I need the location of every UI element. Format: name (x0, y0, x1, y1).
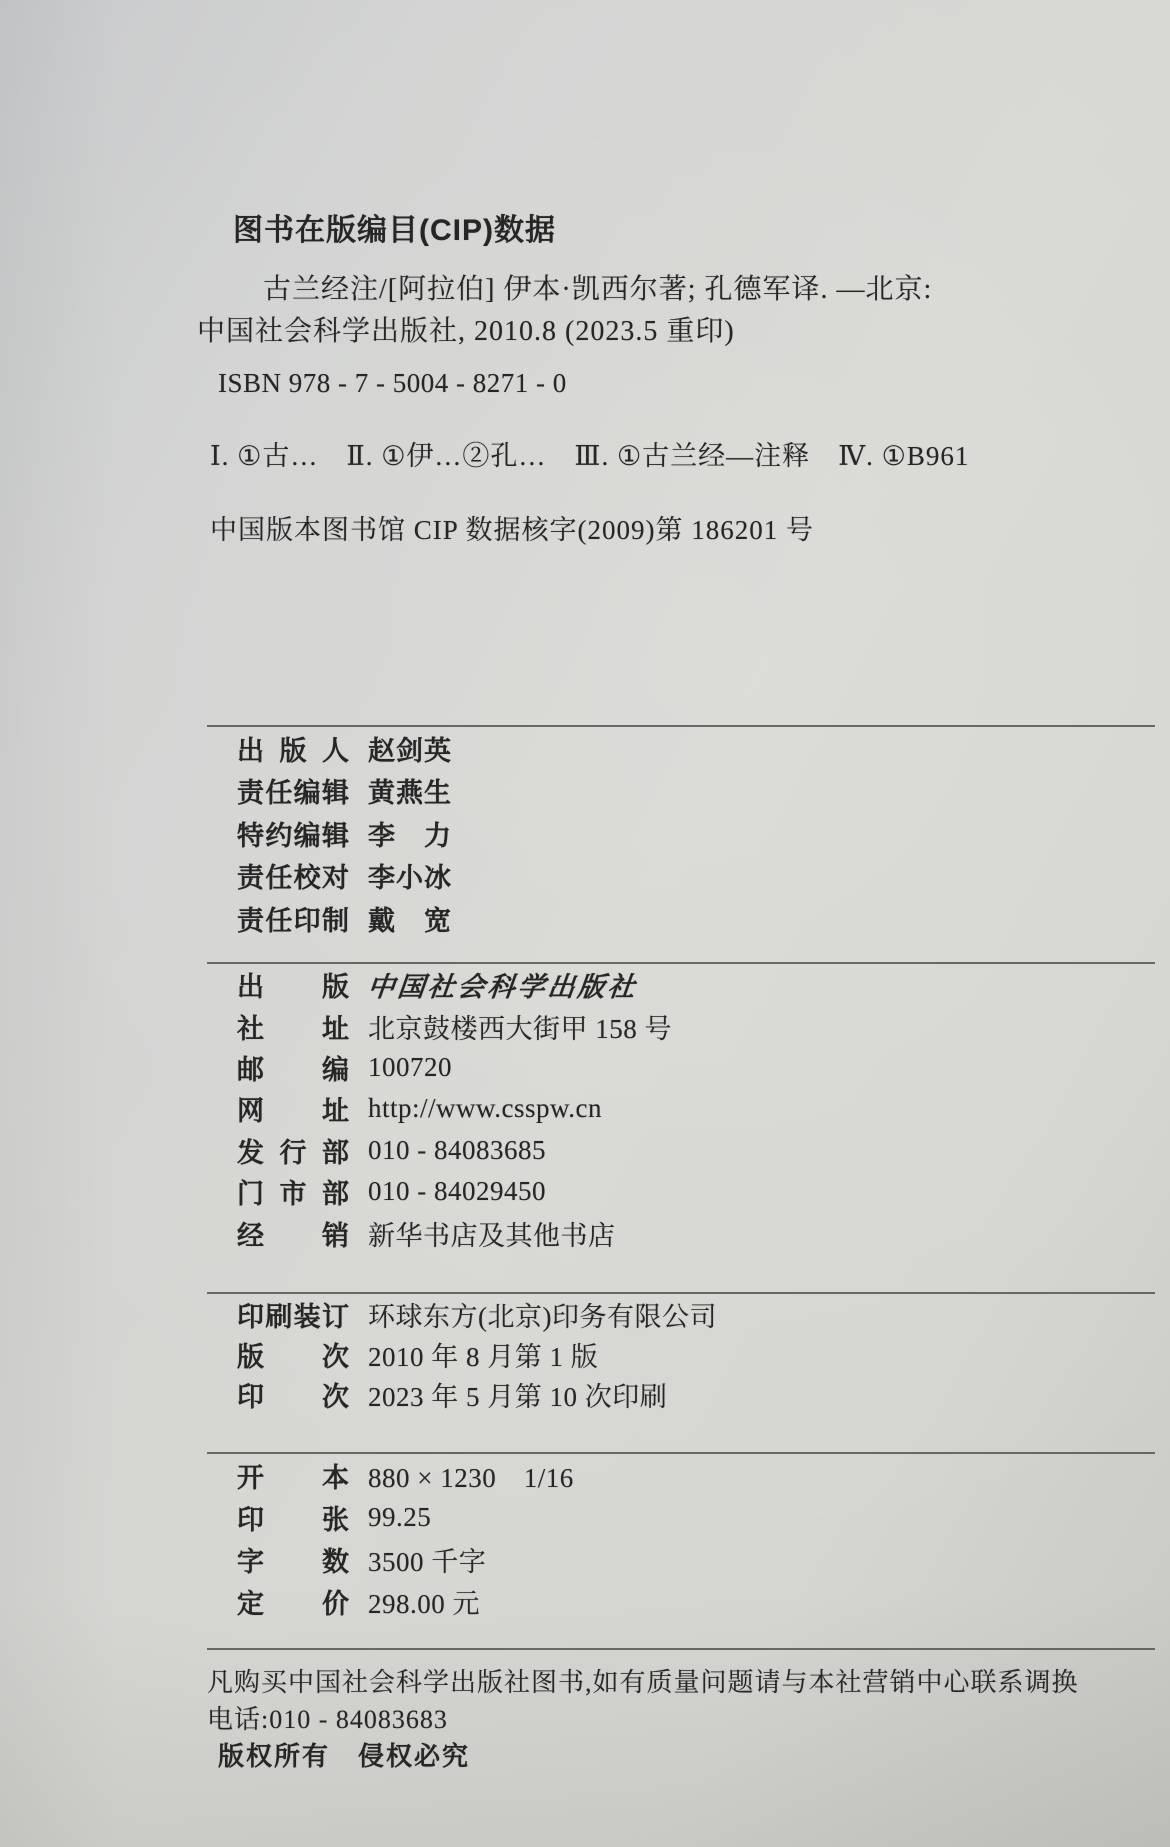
catalog-record-line2: 中国社会科学出版社, 2010.8 (2023.5 重印) (197, 314, 735, 350)
publisher-value: 100720 (368, 1052, 452, 1083)
format-label: 字数 (237, 1540, 349, 1579)
format-label: 定价 (237, 1582, 349, 1621)
printing-row-edition: 版次 2010 年 8 月第 1 版 (207, 1334, 1155, 1374)
format-value: 3500 千字 (368, 1540, 486, 1579)
staff-row-special-editor: 特约编辑 李 力 (207, 812, 1155, 855)
publisher-label: 出版 (237, 965, 349, 1004)
publisher-label: 网址 (237, 1089, 349, 1128)
staff-value: 李 力 (368, 814, 452, 853)
publisher-label: 经销 (237, 1214, 349, 1253)
staff-row-editor: 责任编辑 黄燕生 (207, 770, 1155, 813)
press-logotype: 中国社会科学出版社 (366, 965, 640, 1004)
publisher-value: 010 - 84083685 (368, 1135, 546, 1166)
publisher-row-postcode: 邮编 100720 (207, 1047, 1155, 1088)
printing-section: 印刷装订 环球东方(北京)印务有限公司 版次 2010 年 8 月第 1 版 印… (207, 1292, 1155, 1414)
staff-label: 责任校对 (237, 856, 349, 895)
printing-value: 2023 年 5 月第 10 次印刷 (368, 1375, 667, 1414)
printing-label: 版次 (237, 1335, 349, 1374)
format-section: 开本 880 × 1230 1/16 印张 99.25 字数 3500 千字 定… (207, 1452, 1155, 1622)
catalog-record-line1: 古兰经注/[阿拉伯] 伊本·凯西尔著; 孔德军译. —北京: (263, 272, 932, 308)
publisher-label: 邮编 (237, 1048, 349, 1087)
publisher-label: 门市部 (237, 1172, 349, 1211)
printing-value: 环球东方(北京)印务有限公司 (368, 1295, 717, 1334)
publisher-label: 社址 (237, 1007, 349, 1046)
divider-rule (207, 962, 1155, 964)
isbn-number: ISBN 978 - 7 - 5004 - 8271 - 0 (218, 366, 567, 400)
printing-row-impression: 印次 2023 年 5 月第 10 次印刷 (207, 1374, 1155, 1414)
publisher-row-seller: 经销 新华书店及其他书店 (207, 1212, 1155, 1253)
copyright-statement: 版权所有 侵权必究 (207, 1738, 1155, 1775)
format-label: 印张 (237, 1498, 349, 1537)
divider-rule (207, 725, 1155, 727)
publisher-value: 010 - 84029450 (368, 1176, 546, 1207)
staff-label: 责任印制 (237, 899, 349, 938)
format-row-printed-sheets: 印张 99.25 (207, 1496, 1155, 1538)
publisher-row-retail: 门市部 010 - 84029450 (207, 1171, 1155, 1212)
staff-label: 特约编辑 (237, 814, 349, 853)
format-row-price: 定价 298.00 元 (207, 1580, 1155, 1622)
format-label: 开本 (237, 1456, 349, 1495)
publisher-row-press: 出版 中国社会科学出版社 (207, 964, 1155, 1005)
service-phone: 电话:010 - 84083683 (207, 1701, 1155, 1738)
publisher-row-distribution: 发行部 010 - 84083685 (207, 1130, 1155, 1171)
staff-value: 赵剑英 (368, 729, 452, 768)
format-value: 298.00 元 (368, 1582, 480, 1621)
footer-section: 凡购买中国社会科学出版社图书,如有质量问题请与本社营销中心联系调换 电话:010… (207, 1648, 1155, 1775)
staff-value: 戴 宽 (368, 899, 452, 938)
format-value: 880 × 1230 1/16 (368, 1456, 574, 1495)
divider-rule (207, 1648, 1155, 1650)
cip-heading: 图书在版编目(CIP)数据 (233, 212, 556, 250)
printing-label: 印次 (237, 1375, 349, 1414)
cip-record-number: 中国版本图书馆 CIP 数据核字(2009)第 186201 号 (210, 512, 814, 548)
staff-label: 责任编辑 (237, 771, 349, 810)
staff-label: 出版人 (237, 729, 349, 768)
printing-label: 印刷装订 (237, 1295, 349, 1334)
divider-rule (207, 1292, 1155, 1294)
quality-notice: 凡购买中国社会科学出版社图书,如有质量问题请与本社营销中心联系调换 (207, 1664, 1155, 1701)
format-value: 99.25 (368, 1502, 431, 1533)
staff-row-publisher-person: 出版人 赵剑英 (207, 727, 1155, 770)
divider-rule (207, 1452, 1155, 1454)
staff-row-proofreader: 责任校对 李小冰 (207, 855, 1155, 898)
format-row-word-count: 字数 3500 千字 (207, 1538, 1155, 1580)
publisher-section: 出版 中国社会科学出版社 社址 北京鼓楼西大街甲 158 号 邮编 100720… (207, 962, 1155, 1254)
publisher-value: 新华书店及其他书店 (368, 1214, 616, 1253)
printing-value: 2010 年 8 月第 1 版 (368, 1335, 598, 1374)
publisher-row-address: 社址 北京鼓楼西大街甲 158 号 (207, 1005, 1155, 1046)
classification-line: Ⅰ. ①古… Ⅱ. ①伊…②孔… Ⅲ. ①古兰经—注释 Ⅳ. ①B961 (210, 438, 969, 474)
printing-row-binder: 印刷装订 环球东方(北京)印务有限公司 (207, 1294, 1155, 1334)
staff-value: 黄燕生 (368, 771, 452, 810)
publisher-label: 发行部 (237, 1131, 349, 1170)
staff-section: 出版人 赵剑英 责任编辑 黄燕生 特约编辑 李 力 责任校对 李小冰 责任印制 … (207, 725, 1155, 940)
publisher-value: 北京鼓楼西大街甲 158 号 (368, 1007, 672, 1046)
publisher-row-website: 网址 http://www.csspw.cn (207, 1088, 1155, 1129)
format-row-sheet-size: 开本 880 × 1230 1/16 (207, 1454, 1155, 1496)
staff-value: 李小冰 (368, 856, 452, 895)
publisher-value: http://www.csspw.cn (368, 1093, 602, 1124)
staff-row-print-supervisor: 责任印制 戴 宽 (207, 897, 1155, 940)
